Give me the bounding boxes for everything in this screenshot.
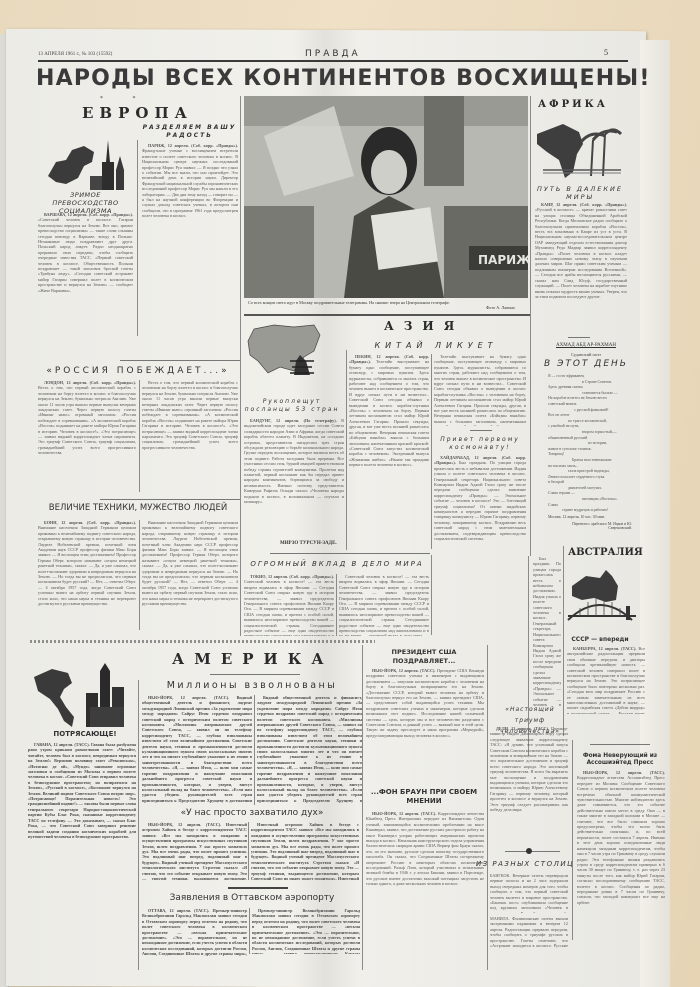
various-capitals-title: ИЗ РАЗНЫХ СТОЛИЦ <box>475 860 575 868</box>
column-rule <box>137 140 138 336</box>
article-text: Премьер-министр Индии Джавахарлал Неру с… <box>490 726 568 812</box>
article-text: Был праздник. По улицам города пронеслас… <box>533 556 561 706</box>
dateline: НЬЮ-ЙОРК, 12 апреля. (ТАСС). <box>372 668 435 673</box>
main-headline: НАРОДЫ ВСЕХ КОНТИНЕНТОВ ВОСХИЩЕНЫ! <box>36 66 651 91</box>
asia-article4-title: ОГРОМНЫЙ ВКЛАД В ДЕЛО МИРА <box>244 560 430 568</box>
column-rule <box>138 680 139 970</box>
various-capitals-item-1: БАНГКОК. Вечерние газеты перевернули пер… <box>490 873 568 913</box>
asia-article2-body-col2: Телетайп выстукивает на бумагу одно сооб… <box>434 354 526 426</box>
column-rule <box>139 520 140 630</box>
america-article4-title: ...ФОН БРАУН ПРИ СВОЕМ МНЕНИИ <box>368 788 480 806</box>
america-article1-body: ГАВАНА, 12 апреля. (ТАСС). Гавана была р… <box>28 742 136 967</box>
article-text: Корреспондент агентства Юнайтед Пресс Ин… <box>366 811 484 886</box>
various-capitals-item-2: МАНИЛА. Филиппинские газеты вышли экстре… <box>490 916 568 948</box>
america-article5-body-col1: НЬЮ-ЙОРК, 12 апреля. (ТАСС). Известный а… <box>142 822 247 880</box>
article-text: Советский человек в космосе! — эта весть… <box>339 574 429 636</box>
america-article1-title: ПОТРЯСАЮЩЕ! <box>35 730 135 738</box>
decor-stars: * * <box>100 96 150 102</box>
asia-article3-body: ХАЙДАРАБАД, 12 апреля. (Соб. корр. «Прав… <box>434 455 526 635</box>
dateline: ВАРШАВА, 12 апреля. (Соб. корр. «Правды»… <box>44 212 133 217</box>
europe-article4-title: ВЕЛИЧИЕ ТЕХНИКИ, МУЖЕСТВО ЛЮДЕЙ <box>38 503 238 513</box>
asia-article4-body-col1: ТОКИО, 12 апреля. (Соб. корр. «Правды»).… <box>244 574 334 636</box>
america-article3-title: ПРЕЗИДЕНТ США ПОЗДРАВЛЯЕТ... <box>368 648 480 666</box>
dateline: НЬЮ-ЙОРК, 12 апреля. (ТАСС). <box>148 822 221 827</box>
section-rule <box>210 674 300 675</box>
section-rule <box>100 499 240 500</box>
america-article2-title: Миллионы взволнованы <box>142 680 362 691</box>
photo-woman-with-telegrams-icon: ПАРИЖ <box>244 96 528 298</box>
article-text: Премьер-министр Великобритании Гарольд М… <box>252 908 360 954</box>
photo-credit: Фото А. Лапина <box>486 305 515 310</box>
article-text: Гавана была разбужена рано утром криками… <box>28 742 136 839</box>
article-text: Видный общественный деятель и финансист,… <box>142 695 252 805</box>
dateline: ОТТАВА, 12 апреля. (ТАСС). <box>148 908 209 913</box>
australia-article2-body: НЬЮ-ЙОРК, 12 апреля. (ТАСС). Корреспонде… <box>577 770 665 940</box>
column-rule <box>530 96 531 556</box>
dateline: НЬЮ-ЙОРК, 12 апреля. (ТАСС). <box>372 811 436 816</box>
article-text: Весть о том, что первый космический кора… <box>142 380 238 450</box>
asia-map-icon <box>244 321 324 381</box>
europe-article4-body-col2: Внимание населения Западной Германии цел… <box>142 520 238 632</box>
section-rule <box>590 744 650 745</box>
europe-article3-title: «РОССИЯ ПОБЕЖДАЕТ...» <box>38 366 238 376</box>
america-article2-body-col2: Видный общественный деятель и финансист,… <box>257 695 362 805</box>
column-rule <box>240 96 241 636</box>
newspaper-name: ПРАВДА <box>305 49 361 59</box>
americas-map-icon <box>28 663 128 729</box>
poem-author: АХМАД АБД АР-РАХМАН <box>540 343 632 348</box>
asia-article3-continued: Был праздник. По улицам города пронеслас… <box>533 556 561 706</box>
america-section-title: АМЕРИКА <box>172 650 334 668</box>
page-number: 5 <box>604 48 608 57</box>
article-text: Внимание населения Западной Германии цел… <box>38 525 136 606</box>
section-rule <box>568 337 590 338</box>
dateline: ГАВАНА, 12 апреля. (ТАСС). <box>34 742 90 747</box>
photo-telegrams: ПАРИЖ <box>244 96 528 298</box>
australia-article1-body: КАНБЕРРА, 12 апреля. (ТАСС). Все австрал… <box>567 646 645 714</box>
divider-dot <box>526 848 532 854</box>
article-text: Видный общественный деятель и финансист,… <box>257 695 362 805</box>
europe-article4-body-col1: БОНН, 12 апреля. (Соб. корр. «Правды»). … <box>38 520 136 632</box>
column-rule <box>139 380 140 492</box>
section-rule <box>470 430 492 431</box>
dateline: ДЕЛИ, 12 апреля. (ТАСС). <box>496 726 549 731</box>
poem-line: стране мудрецов и рабочих! <box>548 508 628 514</box>
australia-article2-title: Фома Неверующий из Ассошиэйтед Пресс <box>572 753 668 767</box>
article-text: «Советский человек в космосе. Гагарин бл… <box>38 217 133 292</box>
photo-caption: Со всех концов света идут в Москву поздр… <box>248 300 526 305</box>
article-text: Телетайп выстукивает на бумагу одно сооб… <box>434 354 526 426</box>
poem-title: В ЭТОТ ДЕНЬ <box>540 359 632 369</box>
article-text: «Русский в космосе» — кричат разносчики … <box>535 207 627 299</box>
column-rule <box>249 908 250 954</box>
europe-article1-body: ВАРШАВА, 12 апреля. (Соб. корр. «Правды»… <box>38 212 133 330</box>
wavy-divider <box>30 640 375 643</box>
america-article5-title: «У нас просто захватило дух» <box>142 808 362 818</box>
photo-bottom-rule <box>244 314 530 316</box>
europe-section-title: ЕВРОПА <box>82 104 193 122</box>
column-rule <box>248 822 249 880</box>
poem-translators: Перевели с арабского М. Ицков и Ю. Сверч… <box>566 522 632 530</box>
poem-signoff: Москва, 12 апреля, 10 час. 30 мин. <box>548 515 605 519</box>
asia-article4-body-col2: Советский человек в космосе! — эта весть… <box>339 574 429 636</box>
article-text: Все австралийские радиостанции прервали … <box>567 646 645 714</box>
asia-article1-byline: МИРЗО ТУРСУН-ЗАДЕ. <box>280 541 337 546</box>
section-rule <box>270 553 430 554</box>
africa-map-icon <box>533 120 623 182</box>
australia-map-icon <box>566 566 638 626</box>
article-text: Известный астроном Хайнек в беседе с кор… <box>251 822 359 880</box>
africa-section-title: АФРИКА <box>538 99 608 110</box>
poem-body: Я — гость-африканец в Стране Советов. Зд… <box>548 374 628 514</box>
dateline: ЛОНДОН, 12 апреля. (Соб. корр. «Правды»)… <box>44 380 136 385</box>
article-text: Телетайп выстукивает на бумагу одно сооб… <box>349 359 429 467</box>
dateline: КАИР, 12 апреля. (Соб. корр. «Правды»). <box>541 202 627 207</box>
article-text: Премьер-министр Великобритании Гарольд М… <box>142 908 247 956</box>
europe-article3-body-col1: ЛОНДОН, 12 апреля. (Соб. корр. «Правды»)… <box>38 380 136 492</box>
america-article2-body-col1: НЬЮ-ЙОРК, 12 апреля. (ТАСС). Видный обще… <box>142 695 252 805</box>
article-text: Внимание населения Западной Германии цел… <box>142 520 238 606</box>
dateline: БАНДУНГ, 12 апреля. (По телеграфу). <box>250 418 337 423</box>
asia-article1-body: БАНДУНГ, 12 апреля. (По телеграфу). В ин… <box>244 418 344 532</box>
section-rule <box>120 360 240 361</box>
issue-date: 13 АПРЕЛЯ 1961 г., № 103 (15592) <box>38 52 112 57</box>
article-text: Весть о том, что первый космический кора… <box>38 385 136 455</box>
article-text: Президент США Кеннеди поздравил советски… <box>366 668 484 738</box>
europe-map-icon <box>44 132 132 192</box>
column-rule <box>254 695 255 805</box>
asia-article3-title: Привет первому космонавту! <box>434 436 526 452</box>
asia-article2-body-col1: ПЕКИН, 12 апреля. (Соб. корр. «Правды»).… <box>349 354 429 549</box>
dateline: ПАРИЖ, 12 апреля. (Соб. корр. «Правды»). <box>148 143 238 148</box>
article-text: Французские ученые с восхищением встрети… <box>142 148 238 218</box>
column-rule <box>336 574 337 636</box>
africa-article-body: КАИР, 12 апреля. (Соб. корр. «Правды»). … <box>535 202 627 334</box>
asia-article1-title: Рукоплещут посланцы 53 стран <box>244 398 340 414</box>
asia-section-title: АЗИЯ <box>384 319 464 333</box>
australia-article1-title: СССР — впереди <box>560 636 640 643</box>
column-rule <box>431 555 432 635</box>
dateline: ТОКИО, 12 апреля. (Соб. корр. «Правды»). <box>250 574 334 579</box>
article-text: Советский человек в космосе! — эта весть… <box>244 579 334 636</box>
africa-article-title: ПУТЬ В ДАЛЕКИЕ МИРЫ <box>534 185 626 201</box>
europe-article2-body: ПАРИЖ, 12 апреля. (Соб. корр. «Правды»).… <box>142 143 238 333</box>
photo-sign-text: ПАРИЖ <box>478 253 528 267</box>
column-rule <box>431 354 432 549</box>
column-rule <box>487 645 488 970</box>
australia-section-title: АВСТРАЛИЯ <box>568 547 643 558</box>
america-article6-body-col1: ОТТАВА, 12 апреля. (ТАСС). Премьер-минис… <box>142 908 247 956</box>
section-rule <box>505 851 560 852</box>
section-rule <box>228 887 288 889</box>
article-text: В индонезийском городе идет заседание се… <box>244 418 344 504</box>
america-article5-body-col2: Известный астроном Хайнек в беседе с кор… <box>251 822 359 880</box>
america-article6-body-col2: Премьер-министр Великобритании Гарольд М… <box>252 908 360 954</box>
article-text: Известный астроном Хайнек в беседе с кор… <box>142 822 247 880</box>
column-rule <box>572 740 573 940</box>
america-article3-body: НЬЮ-ЙОРК, 12 апреля. (ТАСС). Президент С… <box>366 668 484 798</box>
dateline: БОНН, 12 апреля. (Соб. корр. «Правды»). <box>44 520 136 525</box>
dateline: НЬЮ-ЙОРК, 12 апреля. (ТАСС). <box>583 770 665 775</box>
article-text: Был праздник. По улицам города пронеслас… <box>434 460 526 541</box>
asia-article2-title: КИТАЙ ЛИКУЕТ <box>350 341 522 350</box>
column-rule <box>362 645 363 970</box>
column-rule <box>346 350 347 550</box>
article-text: Корреспондент агентства Ассошиэйтед Прес… <box>577 775 665 904</box>
dateline: КАНБЕРРА, 12 апреля. (ТАСС). <box>573 646 636 651</box>
europe-article2-title: РАЗДЕЛЯЕМ ВАШУ РАДОСТЬ <box>142 124 237 140</box>
america-article4-body: НЬЮ-ЙОРК, 12 апреля. (ТАСС). Корреспонде… <box>366 811 484 953</box>
masthead-rule <box>38 60 628 62</box>
asia-article5-body: ДЕЛИ, 12 апреля. (ТАСС). Премьер-министр… <box>490 726 568 841</box>
dateline: НЬЮ-ЙОРК, 12 апреля. (ТАСС). <box>148 695 229 700</box>
america-article6-title: Заявления в Оттавском аэропорту <box>142 893 362 903</box>
poem-subtitle: Суданский поэт <box>540 352 632 357</box>
europe-article3-body-col2: Весть о том, что первый космический кора… <box>142 380 238 492</box>
